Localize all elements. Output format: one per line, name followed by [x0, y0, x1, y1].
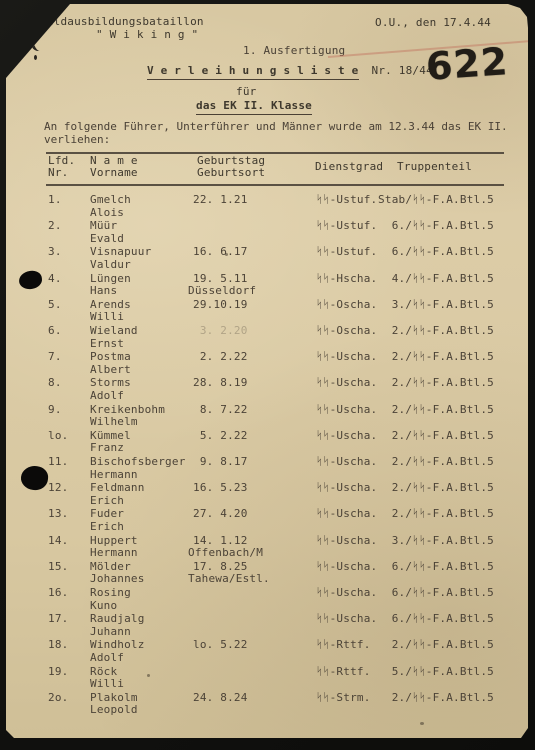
- rank: ᛋᛋ-Uscha.: [316, 613, 377, 626]
- rank: ᛋᛋ-Ustuf.: [316, 220, 377, 233]
- table-row: 17. Raudjalg Juhann ᛋᛋ-Uscha. 6./ᛋᛋ-F.A.…: [48, 613, 508, 640]
- rank: ᛋᛋ-Uscha.: [316, 430, 377, 443]
- birth-date: 29.10.19: [193, 299, 248, 312]
- birth-place: Düsseldorf: [188, 285, 256, 298]
- unit-assignment: 2./ᛋᛋ-F.A.Btl.5: [378, 404, 494, 417]
- first-name: Willi: [90, 678, 124, 691]
- last-name: Postma: [90, 351, 131, 364]
- award-list-title: V e r l e i h u n g s l i s t e: [147, 65, 359, 80]
- document-page: Feldausbildungsbataillon " W i k i n g "…: [6, 4, 528, 738]
- unit-assignment: 6./ᛋᛋ-F.A.Btl.5: [378, 561, 494, 574]
- unit-name-line1: Feldausbildungsbataillon: [40, 16, 204, 29]
- last-name: Raudjalg: [90, 613, 145, 626]
- rank: ᛋᛋ-Oscha.: [316, 299, 377, 312]
- unit-assignment: 2./ᛋᛋ-F.A.Btl.5: [378, 351, 494, 364]
- unit-assignment: 3./ᛋᛋ-F.A.Btl.5: [378, 535, 494, 548]
- row-number: 1.: [48, 194, 62, 207]
- birth-date: 2. 2.22: [193, 351, 248, 364]
- unit-assignment: Stab/ᛋᛋ-F.A.Btl.5: [378, 194, 494, 207]
- first-name: Franz: [90, 442, 124, 455]
- ink-smudge: [29, 34, 46, 53]
- last-name: Feldmann: [90, 482, 145, 495]
- row-number: 9.: [48, 404, 62, 417]
- table-row: 5. Arends Willi 29.10.19 ᛋᛋ-Oscha. 3./ᛋᛋ…: [48, 299, 508, 326]
- row-number: 17.: [48, 613, 68, 626]
- table-row: lo. Kümmel Franz 5. 2.22 ᛋᛋ-Uscha. 2./ᛋᛋ…: [48, 430, 508, 457]
- row-number: 16.: [48, 587, 68, 600]
- first-name: Juhann: [90, 626, 131, 639]
- hole-punch-mark: [20, 465, 49, 492]
- table-row: 13. Fuder Erich 27. 4.20 ᛋᛋ-Uscha. 2./ᛋᛋ…: [48, 508, 508, 535]
- first-name: Alois: [90, 207, 124, 220]
- hole-punch-mark: [18, 269, 43, 290]
- unit-assignment: 6./ᛋᛋ-F.A.Btl.5: [378, 220, 494, 233]
- intro-line2: verliehen:: [44, 134, 110, 147]
- paper-speck: [147, 674, 150, 677]
- row-number: 11.: [48, 456, 68, 469]
- table-row: 1. Gmelch Alois 22. 1.21 ᛋᛋ-Ustuf. Stab/…: [48, 194, 508, 221]
- last-name: Müür: [90, 220, 117, 233]
- rank: ᛋᛋ-Uscha.: [316, 535, 377, 548]
- col-header-geburtsort: Geburtsort: [197, 167, 265, 180]
- table-row: 14. Huppert Hermann 14. 1.12 Offenbach/M…: [48, 535, 508, 562]
- rank: ᛋᛋ-Ustuf.: [316, 194, 377, 207]
- table-row: 12. Feldmann Erich 16. 5.23 ᛋᛋ-Uscha. 2.…: [48, 482, 508, 509]
- table-row: 4. Lüngen Hans 19. 5.11 Düsseldorf ᛋᛋ-Hs…: [48, 273, 508, 300]
- table-row: 6. Wieland Ernst 3. 2.20 ᛋᛋ-Oscha. 2./ᛋᛋ…: [48, 325, 508, 352]
- first-name: Hermann: [90, 469, 138, 482]
- unit-assignment: 2./ᛋᛋ-F.A.Btl.5: [378, 482, 494, 495]
- paper-speck: [225, 253, 228, 256]
- first-name: Valdur: [90, 259, 131, 272]
- last-name: Gmelch: [90, 194, 131, 207]
- unit-assignment: 4./ᛋᛋ-F.A.Btl.5: [378, 273, 494, 286]
- table-row: 9. Kreikenbohm Wilhelm 8. 7.22 ᛋᛋ-Uscha.…: [48, 404, 508, 431]
- birth-date: 24. 8.24: [193, 692, 248, 705]
- unit-assignment: 3./ᛋᛋ-F.A.Btl.5: [378, 299, 494, 312]
- row-number: 19.: [48, 666, 68, 679]
- row-number: 4.: [48, 273, 62, 286]
- rank: ᛋᛋ-Strm.: [316, 692, 371, 705]
- row-number: 15.: [48, 561, 68, 574]
- birth-date: 16. 5.23: [193, 482, 248, 495]
- rank: ᛋᛋ-Uscha.: [316, 508, 377, 521]
- first-name: Kuno: [90, 600, 117, 613]
- last-name: Wieland: [90, 325, 138, 338]
- table-row: 15. Mölder Johannes 17. 8.25 Tahewa/Estl…: [48, 561, 508, 588]
- title-for-word: für: [236, 86, 256, 99]
- unit-assignment: 2./ᛋᛋ-F.A.Btl.5: [378, 377, 494, 390]
- row-number: 2.: [48, 220, 62, 233]
- row-number: 14.: [48, 535, 68, 548]
- unit-assignment: 6./ᛋᛋ-F.A.Btl.5: [378, 613, 494, 626]
- photo-background: Feldausbildungsbataillon " W i k i n g "…: [0, 0, 535, 750]
- rank: ᛋᛋ-Uscha.: [316, 456, 377, 469]
- first-name: Wilhelm: [90, 416, 138, 429]
- rank: ᛋᛋ-Uscha.: [316, 482, 377, 495]
- birth-date: 27. 4.20: [193, 508, 248, 521]
- table-rule-bottom: [46, 184, 504, 186]
- table-row: 7. Postma Albert 2. 2.22 ᛋᛋ-Uscha. 2./ᛋᛋ…: [48, 351, 508, 378]
- unit-assignment: 5./ᛋᛋ-F.A.Btl.5: [378, 666, 494, 679]
- ink-smudge: [34, 55, 37, 60]
- unit-assignment: 2./ᛋᛋ-F.A.Btl.5: [378, 508, 494, 521]
- row-number: 7.: [48, 351, 62, 364]
- rank: ᛋᛋ-Rttf.: [316, 639, 371, 652]
- first-name: Adolf: [90, 390, 124, 403]
- row-number: 18.: [48, 639, 68, 652]
- birth-place: Tahewa/Estl.: [188, 573, 270, 586]
- last-name: Rosing: [90, 587, 131, 600]
- table-row: 16. Rosing Kuno ᛋᛋ-Uscha. 6./ᛋᛋ-F.A.Btl.…: [48, 587, 508, 614]
- first-name: Willi: [90, 311, 124, 324]
- row-number: 2o.: [48, 692, 68, 705]
- col-header-nr: Nr.: [48, 167, 68, 180]
- award-list-number: Nr. 18/44: [372, 65, 433, 78]
- first-name: Evald: [90, 233, 124, 246]
- unit-name-line2: " W i k i n g ": [96, 29, 198, 42]
- first-name: Hans: [90, 285, 117, 298]
- award-list-title-row: V e r l e i h u n g s l i s t e Nr. 18/4…: [147, 65, 433, 80]
- birth-date: 5. 2.22: [193, 430, 248, 443]
- rank: ᛋᛋ-Rttf.: [316, 666, 371, 679]
- rank: ᛋᛋ-Uscha.: [316, 351, 377, 364]
- row-number: 12.: [48, 482, 68, 495]
- unit-assignment: 2./ᛋᛋ-F.A.Btl.5: [378, 325, 494, 338]
- paper-speck: [420, 722, 424, 725]
- row-number: 5.: [48, 299, 62, 312]
- first-name: Hermann: [90, 547, 138, 560]
- row-number: lo.: [48, 430, 68, 443]
- rank: ᛋᛋ-Uscha.: [316, 404, 377, 417]
- birth-date: 22. 1.21: [193, 194, 248, 207]
- first-name: Adolf: [90, 652, 124, 665]
- birth-date: 3. 2.20: [193, 325, 248, 338]
- first-name: Ernst: [90, 338, 124, 351]
- rank: ᛋᛋ-Ustuf.: [316, 246, 377, 259]
- col-header-truppenteil: Truppenteil: [397, 161, 472, 174]
- first-name: Erich: [90, 521, 124, 534]
- col-header-vorname: Vorname: [90, 167, 138, 180]
- rank: ᛋᛋ-Hscha.: [316, 273, 377, 286]
- award-table-body: 1. Gmelch Alois 22. 1.21 ᛋᛋ-Ustuf. Stab/…: [48, 194, 508, 729]
- birth-date: 9. 8.17: [193, 456, 248, 469]
- rank: ᛋᛋ-Uscha.: [316, 377, 377, 390]
- birth-date: 16. 6.17: [193, 246, 248, 259]
- table-row: 2. Müür Evald ᛋᛋ-Ustuf. 6./ᛋᛋ-F.A.Btl.5: [48, 220, 508, 247]
- unit-assignment: 2./ᛋᛋ-F.A.Btl.5: [378, 430, 494, 443]
- first-name: Leopold: [90, 704, 138, 717]
- birth-place: Offenbach/M: [188, 547, 263, 560]
- unit-assignment: 6./ᛋᛋ-F.A.Btl.5: [378, 587, 494, 600]
- first-name: Albert: [90, 364, 131, 377]
- row-number: 13.: [48, 508, 68, 521]
- birth-date: 8. 7.22: [193, 404, 248, 417]
- table-row: 19. Röck Willi ᛋᛋ-Rttf. 5./ᛋᛋ-F.A.Btl.5: [48, 666, 508, 693]
- rank: ᛋᛋ-Uscha.: [316, 561, 377, 574]
- table-row: 11. Bischofsberger Hermann 9. 8.17 ᛋᛋ-Us…: [48, 456, 508, 483]
- place-and-date: O.U., den 17.4.44: [375, 17, 491, 30]
- table-row: 18. Windholz Adolf lo. 5.22 ᛋᛋ-Rttf. 2./…: [48, 639, 508, 666]
- row-number: 8.: [48, 377, 62, 390]
- intro-line1: An folgende Führer, Unterführer und Männ…: [44, 121, 508, 134]
- first-name: Erich: [90, 495, 124, 508]
- award-class-subtitle: das EK II. Klasse: [196, 100, 312, 115]
- rank: ᛋᛋ-Uscha.: [316, 587, 377, 600]
- table-row: 3. Visnapuur Valdur 16. 6.17 ᛋᛋ-Ustuf. 6…: [48, 246, 508, 273]
- rank: ᛋᛋ-Oscha.: [316, 325, 377, 338]
- birth-date: lo. 5.22: [193, 639, 248, 652]
- row-number: 3.: [48, 246, 62, 259]
- unit-assignment: 6./ᛋᛋ-F.A.Btl.5: [378, 246, 494, 259]
- row-number: 6.: [48, 325, 62, 338]
- unit-assignment: 2./ᛋᛋ-F.A.Btl.5: [378, 639, 494, 652]
- table-row: 8. Storms Adolf 28. 8.19 ᛋᛋ-Uscha. 2./ᛋᛋ…: [48, 377, 508, 404]
- col-header-dienstgrad: Dienstgrad: [315, 161, 383, 174]
- unit-assignment: 2./ᛋᛋ-F.A.Btl.5: [378, 692, 494, 705]
- unit-assignment: 2./ᛋᛋ-F.A.Btl.5: [378, 456, 494, 469]
- first-name: Johannes: [90, 573, 145, 586]
- table-row: 2o. Plakolm Leopold 24. 8.24 ᛋᛋ-Strm. 2.…: [48, 692, 508, 719]
- last-name: Bischofsberger: [90, 456, 186, 469]
- birth-date: 28. 8.19: [193, 377, 248, 390]
